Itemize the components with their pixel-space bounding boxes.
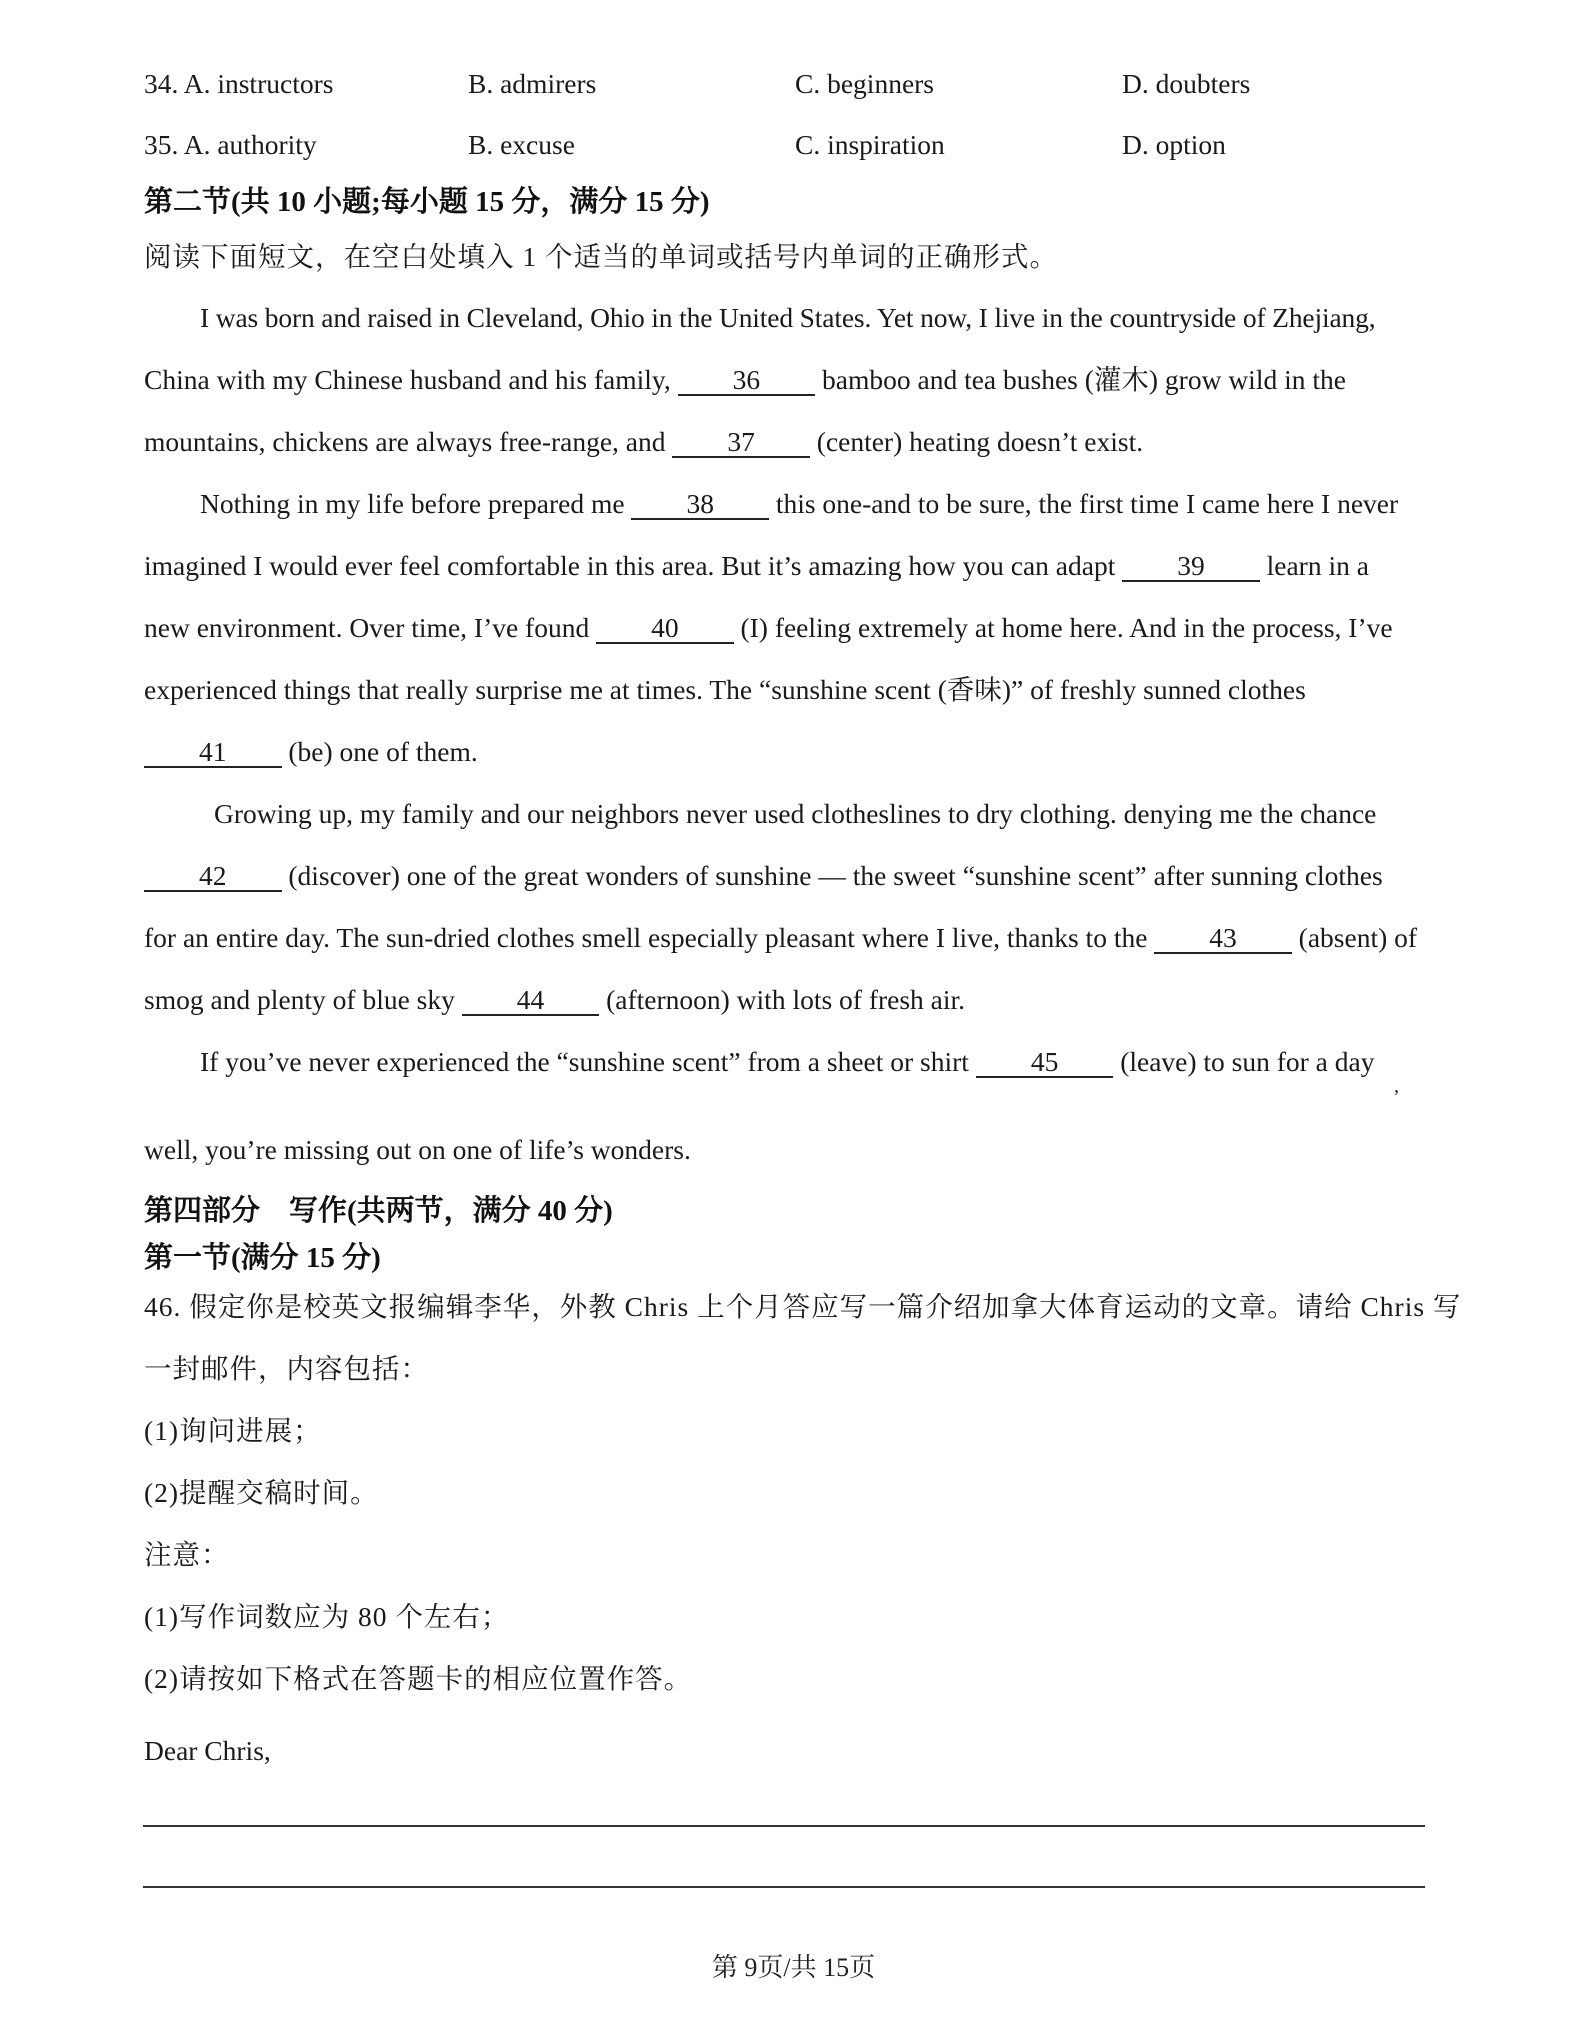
section-2-instruction: 阅读下面短文，在空白处填入 1 个适当的单词或括号内单词的正确形式。: [144, 241, 1058, 273]
p1-line-3-rest: (center) heating doesn’t exist.: [810, 426, 1143, 457]
blank-36-number: 36: [733, 364, 761, 395]
blank-44[interactable]: 44: [462, 986, 600, 1016]
p3-line-2-rest: (discover) one of the great wonders of s…: [282, 860, 1383, 891]
p3-line-3-rest: (absent) of: [1292, 922, 1417, 953]
q34-option-d: D. doubters: [1122, 68, 1250, 100]
p3-line-3: for an entire day. The sun-dried clothes…: [144, 922, 1417, 954]
p2-line-1-rest: this one-and to be sure, the first time …: [769, 488, 1398, 519]
p3-line-4: smog and plenty of blue sky 44 (afternoo…: [144, 984, 965, 1016]
blank-39[interactable]: 39: [1122, 552, 1260, 582]
blank-37[interactable]: 37: [672, 428, 810, 458]
part-4-heading: 第四部分 写作(共两节，满分 40 分): [144, 1194, 613, 1228]
p3-line-3-text: for an entire day. The sun-dried clothes…: [144, 922, 1154, 953]
blank-43[interactable]: 43: [1154, 924, 1292, 954]
blank-40-number: 40: [651, 612, 679, 643]
q34-number: 34.: [144, 68, 178, 99]
p1-line-3-text: mountains, chickens are always free-rang…: [144, 426, 672, 457]
q34-option-a: A. instructors: [184, 68, 334, 99]
p2-line-1-text: Nothing in my life before prepared me: [200, 488, 631, 519]
p2-line-3-text: new environment. Over time, I’ve found: [144, 612, 596, 643]
blank-41[interactable]: 41: [144, 738, 282, 768]
p3-line-1: Growing up, my family and our neighbors …: [214, 798, 1376, 830]
q46-line-1: 46. 假定你是校英文报编辑李华，外教 Chris 上个月答应写一篇介绍加拿大体…: [144, 1291, 1461, 1323]
p4-trailing-comma: ,: [1394, 1070, 1399, 1102]
p3-line-4-text: smog and plenty of blue sky: [144, 984, 462, 1015]
blank-38[interactable]: 38: [631, 490, 769, 520]
blank-41-number: 41: [199, 736, 227, 767]
p1-line-2-text: China with my Chinese husband and his fa…: [144, 364, 678, 395]
blank-44-number: 44: [517, 984, 545, 1015]
p4-line-1: If you’ve never experienced the “sunshin…: [200, 1046, 1374, 1078]
p2-line-3-rest: (I) feeling extremely at home here. And …: [734, 612, 1393, 643]
blank-42-number: 42: [199, 860, 227, 891]
section-2-heading: 第二节(共 10 小题;每小题 15 分，满分 15 分): [144, 185, 709, 219]
p1-line-2: China with my Chinese husband and his fa…: [144, 364, 1346, 396]
blank-38-number: 38: [686, 488, 714, 519]
q34-number-option-a: 34. A. instructors: [144, 68, 333, 100]
q35-option-d: D. option: [1122, 129, 1226, 161]
blank-43-number: 43: [1209, 922, 1237, 953]
blank-45[interactable]: 45: [976, 1048, 1114, 1078]
p2-line-5: 41 (be) one of them.: [144, 736, 478, 768]
p2-line-5-rest: (be) one of them.: [282, 736, 478, 767]
answer-line-1[interactable]: [143, 1825, 1425, 1827]
part-4-section-1-heading: 第一节(满分 15 分): [144, 1241, 381, 1275]
q46-item-1: (1)询问进展；: [144, 1415, 322, 1447]
p4-line-1-text: If you’ve never experienced the “sunshin…: [200, 1046, 976, 1077]
page-number: 第 9页/共 15页: [0, 1953, 1587, 1983]
q35-option-a: A. authority: [184, 129, 317, 160]
p1-line-2-rest: bamboo and tea bushes (灌木) grow wild in …: [815, 364, 1346, 395]
blank-40[interactable]: 40: [596, 614, 734, 644]
p2-line-2-rest: learn in a: [1260, 550, 1369, 581]
p3-line-4-rest: (afternoon) with lots of fresh air.: [599, 984, 965, 1015]
p3-line-2: 42 (discover) one of the great wonders o…: [144, 860, 1383, 892]
p1-line-3: mountains, chickens are always free-rang…: [144, 426, 1143, 458]
p2-line-2-text: imagined I would ever feel comfortable i…: [144, 550, 1122, 581]
p2-line-3: new environment. Over time, I’ve found 4…: [144, 612, 1393, 644]
blank-42[interactable]: 42: [144, 862, 282, 892]
p4-line-1-rest: (leave) to sun for a day: [1113, 1046, 1374, 1077]
p4-line-2: well, you’re missing out on one of life’…: [144, 1134, 691, 1166]
q46-note-1: (1)写作词数应为 80 个左右；: [144, 1601, 509, 1633]
p2-line-4: experienced things that really surprise …: [144, 674, 1306, 706]
salutation: Dear Chris,: [144, 1735, 271, 1767]
q35-option-b: B. excuse: [468, 129, 575, 161]
p2-line-2: imagined I would ever feel comfortable i…: [144, 550, 1369, 582]
blank-39-number: 39: [1177, 550, 1205, 581]
q35-option-c: C. inspiration: [795, 129, 945, 161]
q46-item-2: (2)提醒交稿时间。: [144, 1477, 379, 1509]
q34-option-c: C. beginners: [795, 68, 934, 100]
blank-37-number: 37: [727, 426, 755, 457]
blank-36[interactable]: 36: [678, 366, 816, 396]
q46-note-label: 注意：: [144, 1539, 230, 1571]
q35-number-option-a: 35. A. authority: [144, 129, 317, 161]
q46-line-2: 一封邮件，内容包括：: [144, 1353, 429, 1385]
q46-note-2: (2)请按如下格式在答题卡的相应位置作答。: [144, 1663, 692, 1695]
q34-option-b: B. admirers: [468, 68, 596, 100]
p2-line-1: Nothing in my life before prepared me 38…: [200, 488, 1398, 520]
answer-line-2[interactable]: [143, 1886, 1425, 1888]
blank-45-number: 45: [1031, 1046, 1059, 1077]
p1-line-1: I was born and raised in Cleveland, Ohio…: [200, 302, 1375, 334]
q35-number: 35.: [144, 129, 178, 160]
